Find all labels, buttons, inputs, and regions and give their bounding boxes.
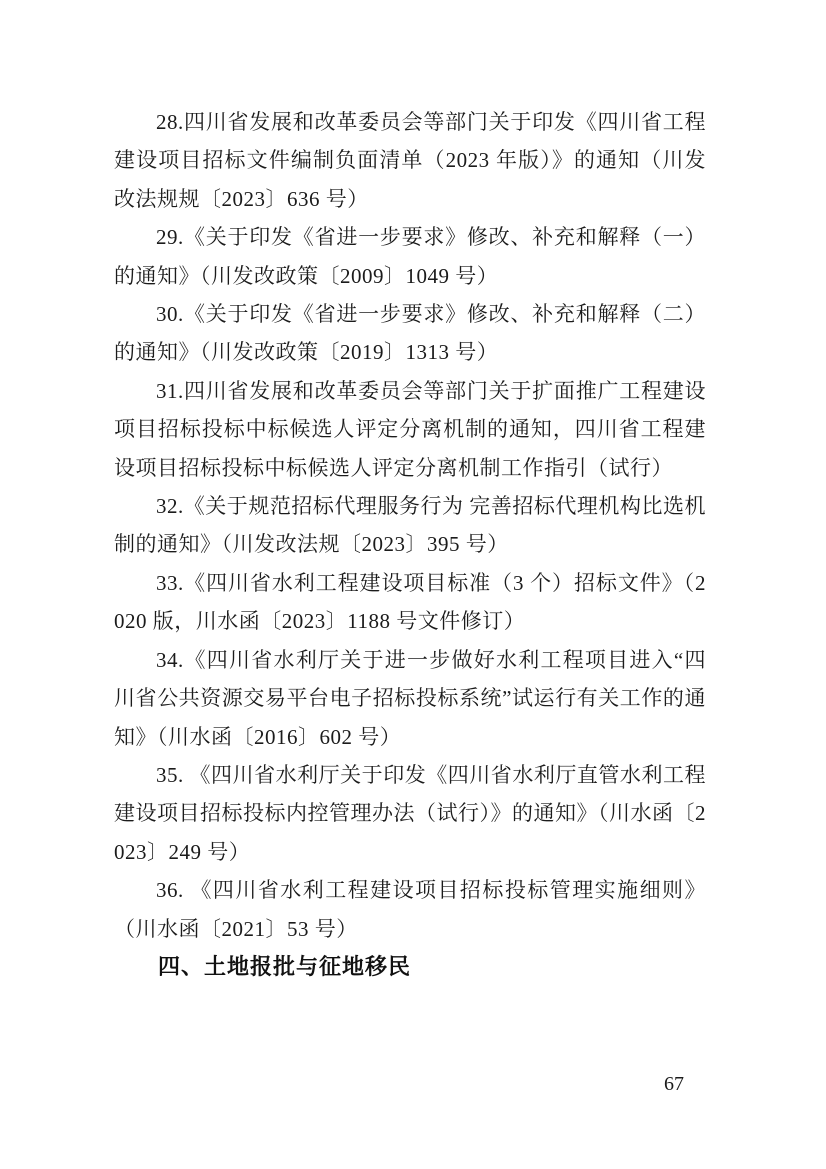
list-item-36: 36. 《四川省水利工程建设项目招标投标管理实施细则》（川水函〔2021〕53 … <box>114 871 706 948</box>
list-item-33: 33.《四川省水利工程建设项目标准（3 个）招标文件》（2020 版，川水函〔2… <box>114 564 706 641</box>
list-item-28: 28.四川省发展和改革委员会等部门关于印发《四川省工程建设项目招标文件编制负面清… <box>114 103 706 218</box>
list-item-35: 35. 《四川省水利厅关于印发《四川省水利厅直管水利工程建设项目招标投标内控管理… <box>114 756 706 871</box>
page-number: 67 <box>664 1070 684 1098</box>
list-item-29: 29.《关于印发《省进一步要求》修改、补充和解释（一）的通知》（川发改政策〔20… <box>114 218 706 295</box>
list-item-32: 32.《关于规范招标代理服务行为 完善招标代理机构比选机制的通知》（川发改法规〔… <box>114 487 706 564</box>
document-page: 28.四川省发展和改革委员会等部门关于印发《四川省工程建设项目招标文件编制负面清… <box>0 0 826 1169</box>
list-item-34: 34.《四川省水利厅关于进一步做好水利工程项目进入“四川省公共资源交易平台电子招… <box>114 641 706 756</box>
list-item-30: 30.《关于印发《省进一步要求》修改、补充和解释（二）的通知》（川发改政策〔20… <box>114 295 706 372</box>
document-body: 28.四川省发展和改革委员会等部门关于印发《四川省工程建设项目招标文件编制负面清… <box>114 103 706 986</box>
section-heading: 四、土地报批与征地移民 <box>114 948 706 986</box>
list-item-31: 31.四川省发展和改革委员会等部门关于扩面推广工程建设项目招标投标中标候选人评定… <box>114 372 706 487</box>
